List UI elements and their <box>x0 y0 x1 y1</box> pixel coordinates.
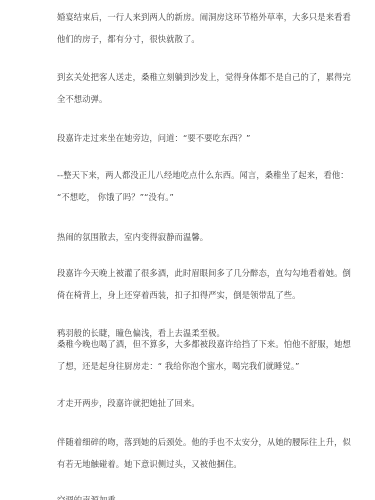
paragraph-2-line-1: 到玄关处把客人送走，桑稚立刻躺到沙发上，觉得身体都不是自己的了，累得完 <box>57 72 351 83</box>
paragraph-10-line-1: 空调的声源加重 <box>57 495 116 500</box>
paragraph-1-line-2: 他们的房子，都有分寸，很快就散了。 <box>57 34 200 45</box>
paragraph-9-line-2: 有若无地触碰着。她下意识侧过头，又被他捆住。 <box>57 459 242 470</box>
paragraph-6-line-1: 段嘉许今天晚上被灌了很多酒，此时眉眼间多了几分醉态，直勾勾地看着她。倒 <box>57 268 351 279</box>
paragraph-4-line-2: “不想吃， 你饿了吗？”“没有。” <box>57 192 174 203</box>
paragraph-2-line-2: 全不想动弹。 <box>57 94 107 105</box>
paragraph-4-line-1: --整天下来，两人都没正儿八经地吃点什么东西。闻言，桑稚坐了起来，看他： <box>57 170 349 181</box>
paragraph-7-line-2: 桑稚今晚也喝了酒，但不算多，大多都被段嘉许给挡了下来。怕他不舒服，她想 <box>57 339 351 350</box>
paragraph-7-line-1: 鸦羽般的长睫，瞳色偏浅，看上去温柔至极。 <box>57 328 225 339</box>
paragraph-9-line-1: 伴随着细碎的吻，落到她的后颈处。他的手也不太安分，从她的腰际往上升，似 <box>57 437 351 448</box>
paragraph-8-line-1: 才走开两步，段嘉许就把她扯了回来。 <box>57 398 200 409</box>
paragraph-5-line-1: 热闹的氛围散去，室内变得寂静而温馨。 <box>57 232 208 243</box>
paragraph-1-line-1: 婚宴结束后，一行人来到两人的新房。闹洞房这环节格外草率，大多只是来看看 <box>57 12 351 23</box>
paragraph-7-line-3: 了想，还是起身往厨房走：“ 我给你泡个蜜水，喝完我们就睡觉。” <box>57 361 300 372</box>
paragraph-6-line-2: 倚在椅背上，身上还穿着西装，扣子扣得严实，倒是领带乱了些。 <box>57 290 301 301</box>
document-page: 婚宴结束后，一行人来到两人的新房。闹洞房这环节格外草率，大多只是来看看 他们的房… <box>0 0 375 500</box>
paragraph-3-line-1: 段嘉许走过来坐在她旁边，问道：“要不要吃东西？” <box>57 133 251 144</box>
